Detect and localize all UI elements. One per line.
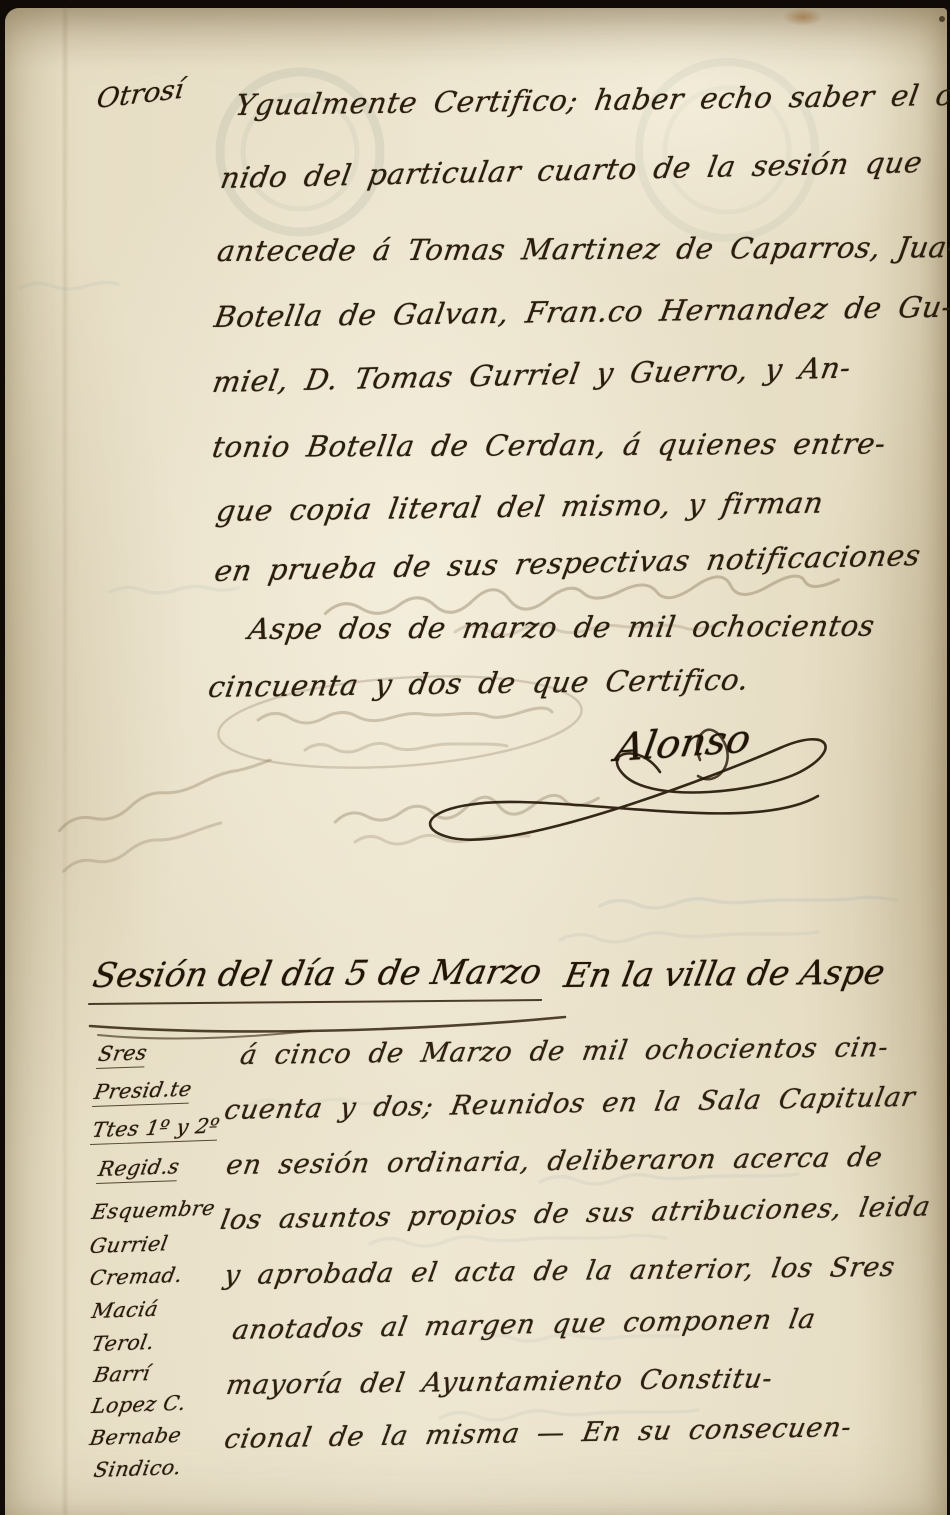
manuscript-photo: Otrosí Ygualmente Certifico; haber echo … [0,0,950,1515]
ink-speck [939,16,945,22]
manuscript-line: Aspe dos de marzo de mil ochocientos [246,609,877,646]
manuscript-line: antecede á Tomas Martinez de Caparros, J… [215,230,950,268]
margin-note-attendee: Maciá [90,1297,160,1323]
margin-note-sres: Sres [96,1040,149,1069]
paper-crease [63,8,67,1515]
margin-note-attendee: Cremad. [88,1263,185,1290]
session-heading-title: Sesión del día 5 de Marzo [88,952,551,1005]
paper-stain [783,8,823,26]
manuscript-line: tonio Botella de Cerdan, á quienes entre… [210,426,888,464]
margin-note-sindico: Sindico. [92,1455,184,1482]
margin-note-attendee: Gurriel [88,1231,170,1258]
margin-note-tenientes: Ttes 1º y 2º [90,1114,222,1145]
margin-note-presidente: Presid.te [92,1077,194,1107]
margin-note-attendee: Bernabe [88,1423,183,1450]
session-heading: Sesión del día 5 de MarzoEn la villa de … [88,956,880,1005]
margin-note-regidores: Regid.s [96,1154,182,1184]
margin-note-attendee: Barrí [92,1361,152,1387]
margin-note-attendee: Esquembre [90,1196,217,1224]
margin-note-attendee: Lopez C. [90,1391,188,1418]
session-heading-continuation: En la villa de Aspe [561,953,888,996]
margin-note-attendee: Terol. [90,1330,157,1356]
